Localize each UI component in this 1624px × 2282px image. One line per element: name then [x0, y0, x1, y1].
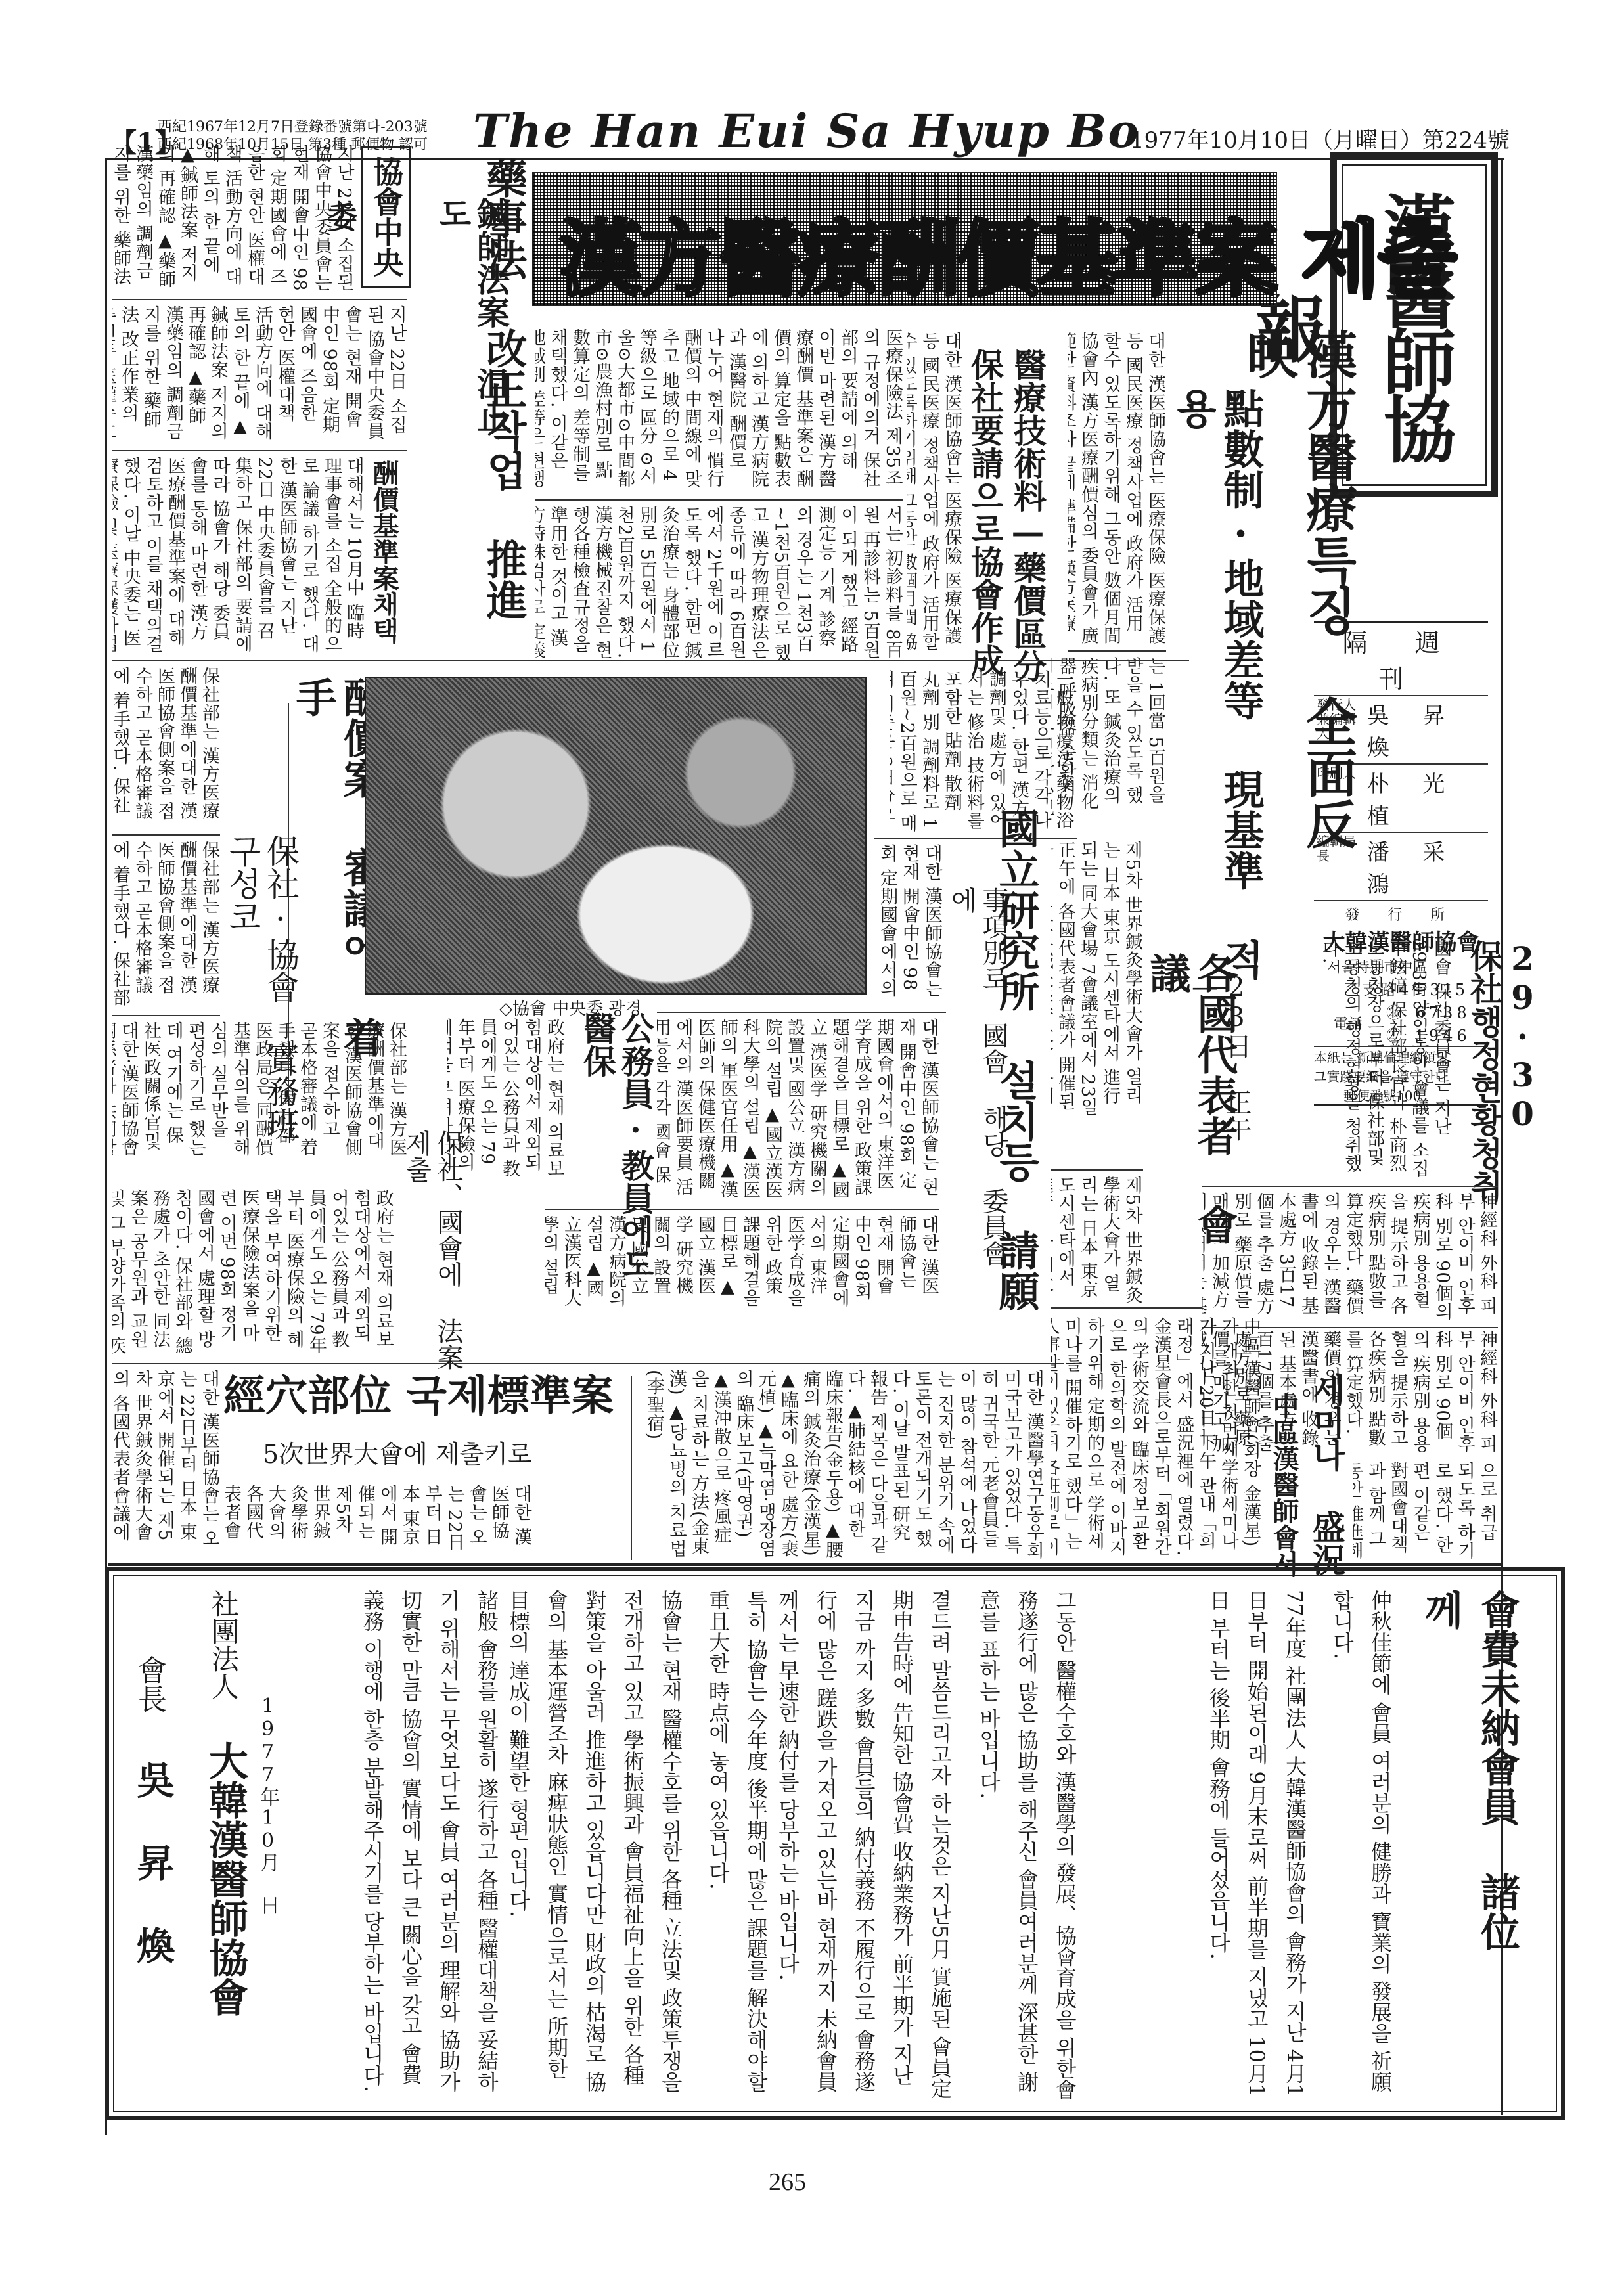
- tech-fee-side-text: 대한 漢医師協會는 医療保險 医療保護등 國民医療 정책사업에 政府가 活用할수…: [907, 332, 962, 660]
- research-body: 대한 漢医師協會는 현재 開會中인 98회 定期國會에서의 東洋医学育成을 위한…: [877, 844, 943, 1008]
- divider: [535, 499, 903, 501]
- pharma-law-body-continued: 지난 22日 소집된 協會中央委員會는 현재 開會中인 98회 定期國會에 즈음…: [112, 305, 407, 443]
- research-subhead: 事項別로 國會 해당 委員會에: [946, 887, 1009, 1281]
- civil-servants-headline: 公務員·教員에도 醫保: [578, 1012, 654, 1327]
- dues-notice-paragraph-6: 諸般 會務를 원활히 遂行하고 各種 醫權대책을 妥結하기 위해서는 무엇보다도…: [296, 1590, 506, 2102]
- pharma-law-subhead: 鍼師法案 沮止도: [434, 197, 510, 460]
- fee-adoption-body: 대해서는 10月中 臨時理事會를 소집 全般的으로 論議 하기로 했다. 대한 …: [112, 457, 365, 654]
- dues-notice-org-prefix: 社團法人: [204, 1590, 243, 1721]
- staff-name: 潘 采 鴻: [1367, 834, 1485, 899]
- divider: [1068, 650, 1166, 652]
- dues-notice-paragraph-2: 그동안 醫權수호와 漢醫學의 發展、協會育成을 위한會務遂行에 많은 協助를 해…: [966, 1590, 1084, 2102]
- divider: [657, 1012, 946, 1013]
- divider: [112, 1363, 1064, 1364]
- acupoint-headline: 經穴部位 국제標準案: [223, 1373, 614, 1420]
- dues-notice-paragraph-1: 77年度 社團法人 大韓漢醫師協會의 會務가 지난 4月1日부터 開始된이래 9…: [1091, 1590, 1314, 2102]
- drug-pricing-body: 神經科 外科 피부 안이비 인후科 別로 90個의 疾病別 용용혈을 提示하고 …: [1202, 1192, 1498, 1324]
- assembly-headline: 29·30 保社행정현황청취: [1465, 939, 1541, 1202]
- world-congress-body-continued: 제5차 世界鍼灸學術大會가 열리는 日本 東京 도시센타에서 進行되는 同大會場…: [1051, 1176, 1143, 1307]
- dues-notice-paragraph-5: 協會는 현재 醫權수호를 위한 各種 立法및 政策투쟁을 전개하고 있고 學術振…: [512, 1590, 690, 2102]
- registration-line-1: 西紀1967年12月7日登錄番號第다-203號: [158, 118, 428, 136]
- assembly-petition-body: 으로 취급 되도록 하기로 했다. 한편 이같은 對國會대책과 함께 그동안 推…: [1353, 1462, 1498, 1560]
- divider: [1051, 1307, 1202, 1309]
- dues-notice-signatory-title: 會長: [128, 1655, 170, 1734]
- staff-name: 吳 昇 煥: [1367, 698, 1485, 762]
- banner-headline-box: 漢方醫療酬價基準案 제출: [532, 172, 1277, 306]
- acupoint-body-left: 대한 漢医師協會는 오는 22日부터 日本 東京에서 開催되는 제5차 世界鍼灸…: [112, 1370, 220, 1554]
- review-body-continued: 保社部는 漢方医療酬價基準에대한 漢医師協會側案을 접수하고 곧本格審議에 着手…: [112, 841, 220, 1012]
- civil-servants-body-continued: 政府는 현재 의료보험대상에서 제외되어있는 公務員과 教員에게도 오는 79年…: [112, 1189, 394, 1360]
- review-body: 保社部는 漢方医療酬價基準에대한 漢医師協會側案을 접수하고 곧本格審議에 着手…: [112, 667, 220, 831]
- dues-notice-date: 1977年10月 日: [253, 1695, 282, 1958]
- review-body-end: 保社部는 漢方医療酬價基準에대한 漢医師協會側案을 접수하고 곧本格審議에 着手…: [112, 1021, 407, 1159]
- seminar-subhead: 中區漢醫師會서: [1268, 1393, 1299, 1577]
- world-congress-subhead: 23日 正午—: [1189, 972, 1252, 1169]
- seminar-body: 中區 漢醫師會(회장 金漢星)가 개최한 첫번째学術세미나가 지난 20日 下午…: [1051, 1317, 1261, 1560]
- dues-notice-paragraph-4: 특히 協會는 今年度 後半期에 많은 課題를 解決해야할 重且大한 時点에 놓여…: [696, 1590, 775, 2102]
- dues-notice-greeting: 仲秋佳節에 會員 여러분의 健勝과 寶業의 發展을 祈願합니다.: [1320, 1590, 1399, 2102]
- tech-fee-body: 医療保險法 제35조의 규정에의거 保社部의 要請에 의해 이번 마련된 漢方醫…: [535, 328, 903, 493]
- civil-servants-body: 政府는 현재 의료보험대상에서 제외되어있는 公務員과 教員에게도 오는 79年…: [447, 1018, 565, 1182]
- dues-notice-headline: 會費未納會員 諸位께: [1412, 1590, 1525, 1958]
- divider: [112, 834, 220, 836]
- acupoint-body-right: 대한 漢醫學연구동우회 미국보고가 있었다. 특히 귀국한 元老會員들이 많이 …: [637, 1370, 1045, 1560]
- seminar-headline: 세미나 盛況: [1307, 1373, 1345, 1577]
- divider: [112, 450, 407, 451]
- divider: [112, 660, 1189, 661]
- pharma-law-box-label: 協會中央委: [361, 146, 411, 288]
- divider: [1051, 1169, 1143, 1171]
- publisher-label: 發 行 所: [1314, 904, 1488, 924]
- acupoint-body: 대한 漢医師協會는 오는 22日부터 日本 東京에서 開催되는 제5차 世界鍼灸…: [223, 1485, 532, 1557]
- assembly-body: 國會 保社委員會는 지난 29·30 양일동안 會議를 소집 申鉉碻 保社部長官…: [1314, 939, 1452, 1182]
- staff-name: 朴 光 植: [1367, 766, 1485, 830]
- divider: [112, 1015, 220, 1016]
- lead-body: 대한 漢医師協會는 医療保險 医療保護등 國民医療 정책사업에 政府가 活用할수…: [1068, 332, 1166, 647]
- divider: [1202, 1186, 1498, 1187]
- divider: [112, 299, 407, 300]
- acupoint-subhead: 5次世界大會에 제출키로: [263, 1439, 532, 1470]
- masthead-title-roman: The Han Eui Sa Hyup Bo: [473, 104, 1140, 158]
- pharmacy-detail-body: 一般 物療法 藥物浴 치료등으로 각각 나누었다. 한편 漢方 調劑및 處方에 …: [890, 670, 1074, 834]
- banner-headline: 漢方醫療酬價基準案 제출: [560, 193, 1455, 311]
- divider: [631, 1376, 632, 1560]
- dues-notice-org: 大韓漢醫師協會: [197, 1741, 254, 2095]
- meeting-photo: [365, 677, 867, 995]
- pharma-law-body: 지난 22日 소집된 協會中央委員會는 현재 開會中인 98회 定期國會에 즈음…: [112, 145, 355, 296]
- world-congress-body: 제5차 世界鍼灸學術大會가 열리는 日本 東京 도시센타에서 進行되는 同大會場…: [1051, 841, 1143, 1117]
- divider: [874, 838, 1077, 839]
- page-number: 265: [769, 2168, 806, 2197]
- lead-subhead: 點數制·地域差等 現基準 적용: [1169, 388, 1264, 1018]
- dues-notice-paragraph-3: 결드려 말씀드리고자 하는것은 지난5月 實施된 會員定期申告時에 告知한 協會…: [782, 1590, 959, 2102]
- section-rule: [108, 1563, 1501, 1566]
- research-body-continued: 대한 漢医師協會는 현재 開會中인 98회 定期國會에서의 東洋医学育成을 위한…: [657, 1018, 939, 1202]
- fee-adoption-headline: 酬價基準案채택: [368, 460, 399, 657]
- tech-fee-body-continued: 서는 初診料를 8百원 再診料는 5百원이 되게 했고 經路測定등 기계 診察의…: [535, 506, 903, 663]
- dues-notice-signatory: 吳 昇 煥: [125, 1760, 180, 2089]
- issue-date: 1977年10月10日（月曜日）第224號: [1130, 122, 1510, 154]
